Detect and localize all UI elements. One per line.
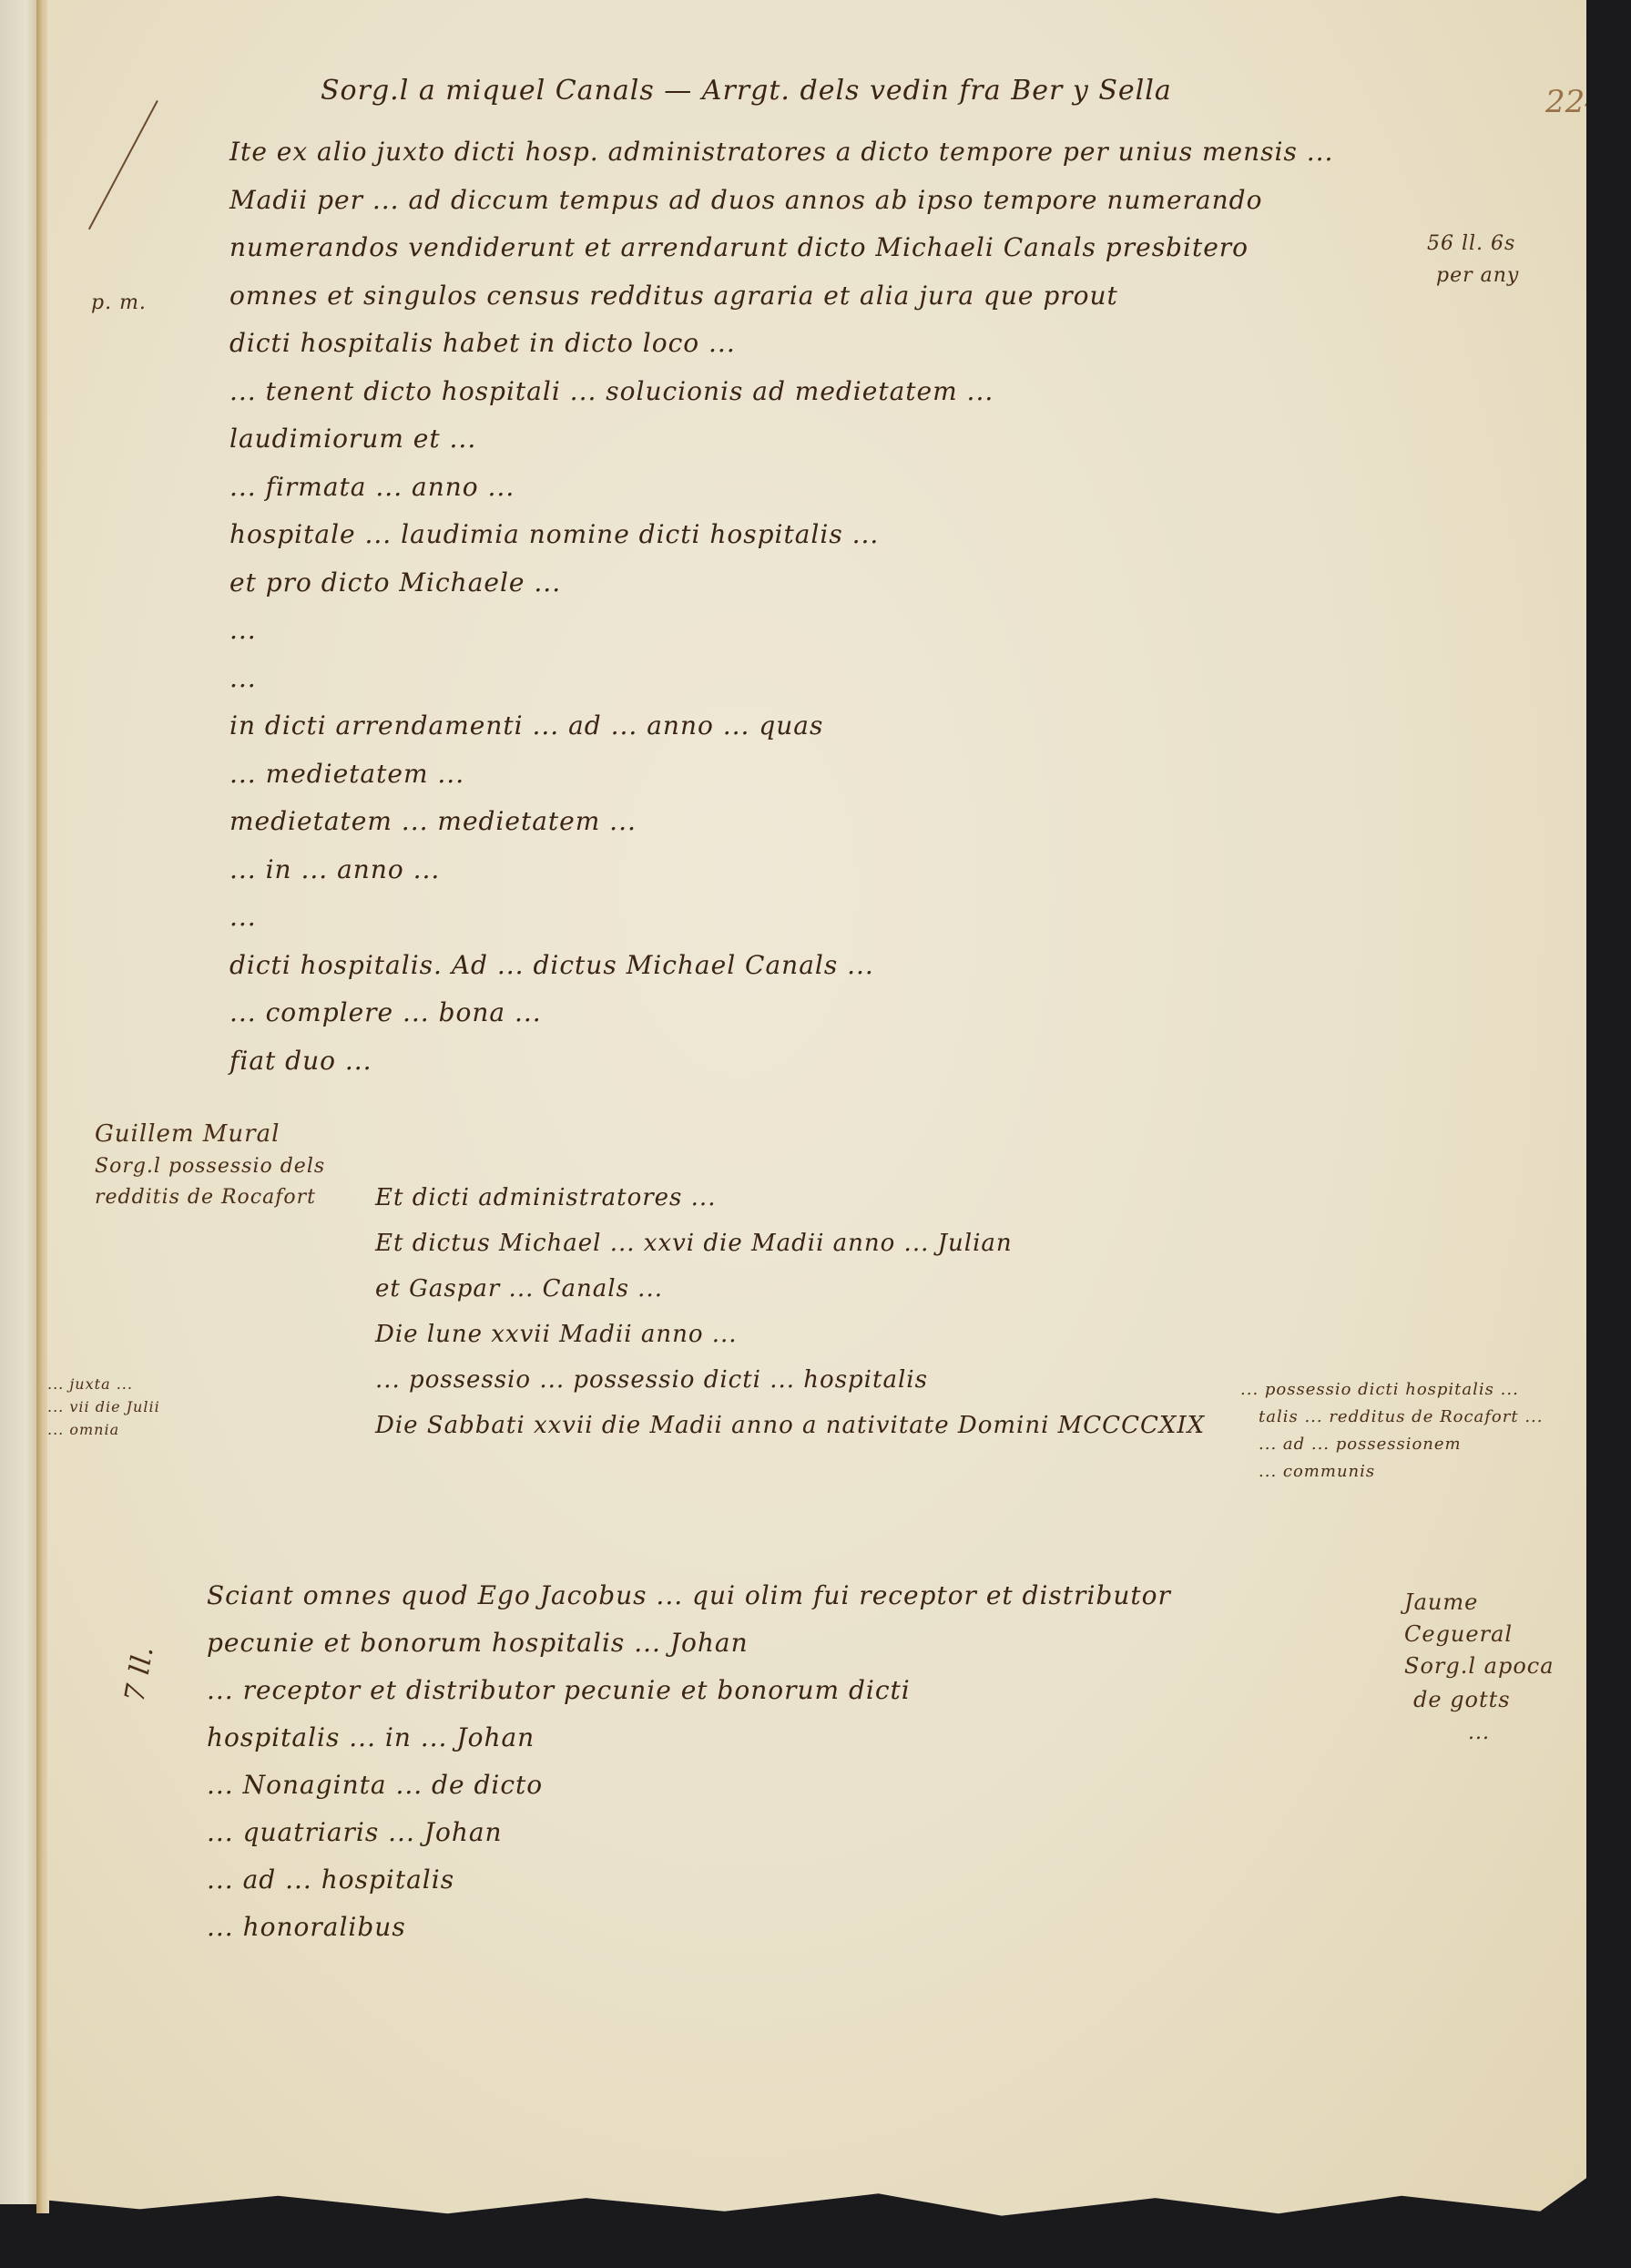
margin-note-right-b3-4: de gotts (1413, 1687, 1511, 1712)
margin-note-guillem-3: redditis de Rocafort (95, 1186, 316, 1209)
manuscript-line: ... medietatem ... (229, 759, 464, 789)
manuscript-line: medietatem ... medietatem ... (229, 806, 637, 836)
margin-note-right-b3-1: Jaume (1404, 1589, 1478, 1615)
manuscript-line: omnes et singulos census redditus agrari… (229, 281, 1118, 311)
manuscript-line: hospitale ... laudimia nomine dicti hosp… (229, 519, 879, 549)
margin-note-lower-3: ... omnia (47, 1421, 119, 1438)
manuscript-line: laudimiorum et ... (229, 424, 476, 454)
manuscript-line: Die lune xxvii Madii anno ... (375, 1321, 738, 1348)
manuscript-line: dicti hospitalis. Ad ... dictus Michael … (229, 950, 874, 980)
manuscript-line: in dicti arrendamenti ... ad ... anno ..… (229, 710, 823, 741)
manuscript-line: ... quatriaris ... Johan (207, 1817, 503, 1847)
manuscript-line: ... (229, 615, 257, 645)
manuscript-line: numerandos vendiderunt et arrendarunt di… (229, 232, 1249, 262)
manuscript-line: ... firmata ... anno ... (229, 472, 515, 502)
margin-note-right-2: per any (1436, 264, 1519, 287)
margin-note-right-b2-4: ... communis (1259, 1462, 1375, 1481)
manuscript-line: et pro dicto Michaele ... (229, 567, 561, 598)
manuscript-line: ... ad ... hospitalis (207, 1864, 454, 1895)
manuscript-line: ... in ... anno ... (229, 854, 440, 884)
margin-flourish (88, 100, 158, 230)
manuscript-line: hospitalis ... in ... Johan (207, 1722, 535, 1752)
manuscript-line: Sciant omnes quod Ego Jacobus ... qui ol… (207, 1580, 1171, 1610)
manuscript-line: Madii per ... ad diccum tempus ad duos a… (229, 185, 1262, 215)
folio-number: 224 (1545, 84, 1605, 120)
page-heading: Sorg.l a miquel Canals — Arrgt. dels ved… (321, 75, 1172, 107)
margin-note-lower-2: ... vii die Julii (47, 1398, 160, 1415)
manuscript-line: ... tenent dicto hospitali ... solucioni… (229, 376, 994, 406)
manuscript-line: et Gaspar ... Canals ... (375, 1275, 663, 1303)
margin-note-right-b2-1: ... possessio dicti hospitalis ... (1240, 1380, 1519, 1399)
manuscript-line: Ite ex alio juxto dicti hosp. administra… (229, 137, 1333, 167)
margin-note-guillem-2: Sorg.l possessio dels (95, 1155, 325, 1178)
manuscript-line: dicti hospitalis habet in dicto loco ... (229, 328, 736, 358)
margin-note-lower-1: ... juxta ... (47, 1375, 133, 1393)
manuscript-line: Et dicti administratores ... (375, 1184, 716, 1211)
binding-gutter (36, 0, 49, 2213)
margin-note-right-b3-3: Sorg.l apoca (1404, 1653, 1555, 1679)
manuscript-page: 224 Sorg.l a miquel Canals — Arrgt. dels… (47, 0, 1586, 2222)
margin-note-sum: 7 ll. (119, 1643, 160, 1704)
manuscript-line: fiat duo ... (229, 1046, 372, 1076)
manuscript-line: pecunie et bonorum hospitalis ... Johan (207, 1628, 749, 1658)
margin-note-right-b3-5: ... (1468, 1721, 1490, 1744)
margin-note-right-b3-2: Cegueral (1404, 1621, 1513, 1647)
margin-note-left: p. m. (91, 291, 147, 314)
manuscript-line: Die Sabbati xxvii die Madii anno a nativ… (375, 1412, 1205, 1439)
manuscript-line: ... honoralibus (207, 1912, 406, 1942)
manuscript-line: ... Nonaginta ... de dicto (207, 1770, 543, 1800)
manuscript-line: ... receptor et distributor pecunie et b… (207, 1675, 911, 1705)
manuscript-line: ... (229, 663, 257, 693)
margin-note-guillem-1: Guillem Mural (95, 1120, 280, 1148)
manuscript-line: ... complere ... bona ... (229, 997, 542, 1027)
manuscript-line: ... possessio ... possessio dicti ... ho… (375, 1366, 928, 1394)
manuscript-line: Et dictus Michael ... xxvi die Madii ann… (375, 1230, 1013, 1257)
margin-note-right-b2-2: talis ... redditus de Rocafort ... (1259, 1407, 1544, 1426)
manuscript-line: ... (229, 902, 257, 932)
margin-note-right-1: 56 ll. 6s (1427, 232, 1515, 255)
margin-note-right-b2-3: ... ad ... possessionem (1259, 1435, 1462, 1454)
